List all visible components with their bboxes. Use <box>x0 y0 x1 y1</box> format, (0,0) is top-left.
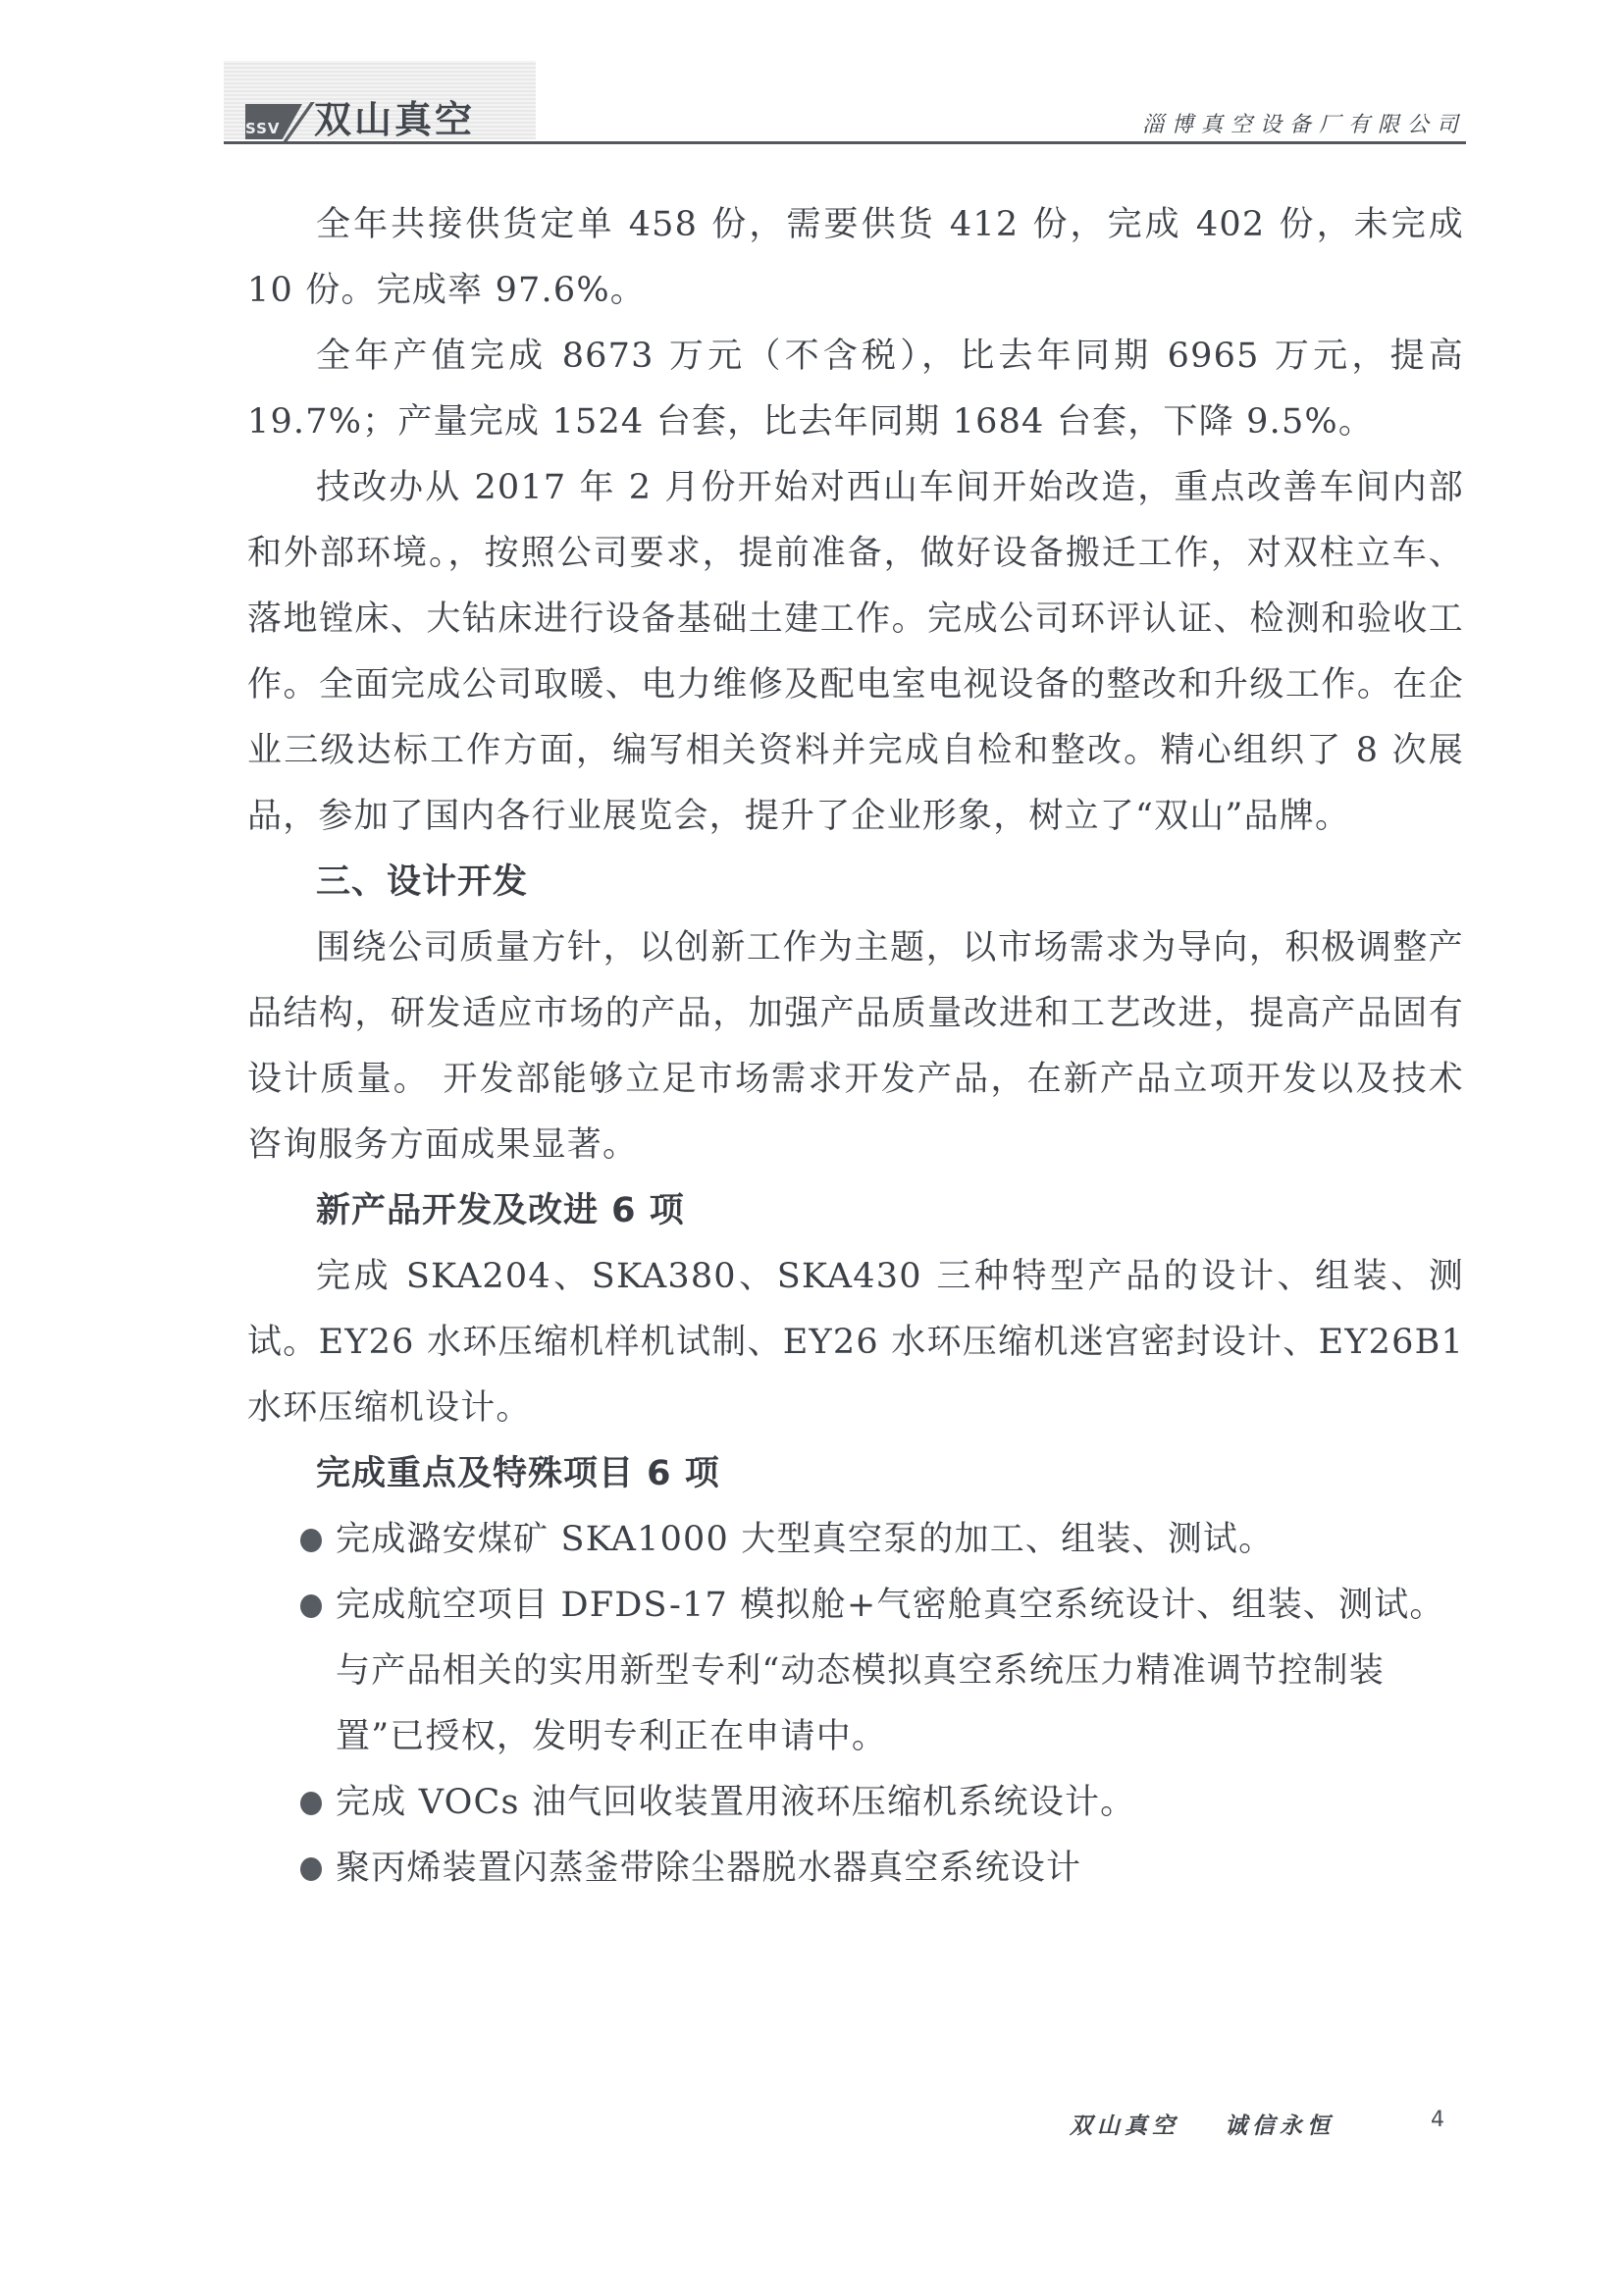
document-body: 全年共接供货定单 458 份，需要供货 412 份，完成 402 份，未完成 1… <box>247 192 1464 1902</box>
paragraph-new-products: 完成 SKA204、SKA380、SKA430 三种特型产品的设计、组装、测试。… <box>247 1244 1464 1441</box>
paragraph-design-development: 围绕公司质量方针，以创新工作为主题，以市场需求为导向，积极调整产品结构，研发适应… <box>247 915 1464 1178</box>
logo-brand-text: 双山真空 <box>314 98 475 141</box>
company-name: 淄博真空设备厂有限公司 <box>1142 108 1466 138</box>
page-footer: 双山真空 诚信永恒 4 <box>1070 2108 1462 2147</box>
footer-slogan: 诚信永恒 <box>1225 2108 1335 2140</box>
company-logo: SSV 双山真空 <box>224 61 536 139</box>
subheading-key-projects: 完成重点及特殊项目 6 项 <box>247 1441 1464 1507</box>
paragraph-technical-renovation: 技改办从 2017 年 2 月份开始对西山车间开始改造，重点改善车间内部和外部环… <box>247 455 1464 850</box>
logo-mark-text: SSV <box>245 120 281 137</box>
bullet-icon <box>300 1594 322 1618</box>
list-item: 聚丙烯装置闪蒸釜带除尘器脱水器真空系统设计 <box>296 1836 1464 1902</box>
bullet-icon <box>300 1857 322 1881</box>
paragraph-output-value: 全年产值完成 8673 万元（不含税），比去年同期 6965 万元，提高 19.… <box>247 324 1464 455</box>
subheading-new-products: 新产品开发及改进 6 项 <box>247 1178 1464 1244</box>
bullet-icon <box>300 1529 322 1552</box>
list-item: 完成 VOCs 油气回收装置用液环压缩机系统设计。 <box>296 1770 1464 1836</box>
bullet-icon <box>300 1792 322 1815</box>
list-item-text: 完成潞安煤矿 SKA1000 大型真空泵的加工、组装、测试。 <box>336 1507 1464 1573</box>
section-heading-design-development: 三、设计开发 <box>247 850 1464 915</box>
list-item-text: 完成航空项目 DFDS-17 模拟舱+气密舱真空系统设计、组装、测试。与产品相关… <box>336 1573 1464 1770</box>
footer-brand: 双山真空 <box>1070 2108 1179 2140</box>
header-divider <box>224 141 1466 144</box>
page-header: SSV 双山真空 淄博真空设备厂有限公司 <box>224 61 1466 143</box>
key-projects-list: 完成潞安煤矿 SKA1000 大型真空泵的加工、组装、测试。 完成航空项目 DF… <box>247 1507 1464 1902</box>
list-item: 完成潞安煤矿 SKA1000 大型真空泵的加工、组装、测试。 <box>296 1507 1464 1573</box>
list-item-text: 完成 VOCs 油气回收装置用液环压缩机系统设计。 <box>336 1770 1464 1836</box>
list-item: 完成航空项目 DFDS-17 模拟舱+气密舱真空系统设计、组装、测试。与产品相关… <box>296 1573 1464 1770</box>
page-number: 4 <box>1431 2108 1444 2132</box>
paragraph-orders: 全年共接供货定单 458 份，需要供货 412 份，完成 402 份，未完成 1… <box>247 192 1464 324</box>
list-item-text: 聚丙烯装置闪蒸釜带除尘器脱水器真空系统设计 <box>336 1836 1464 1902</box>
